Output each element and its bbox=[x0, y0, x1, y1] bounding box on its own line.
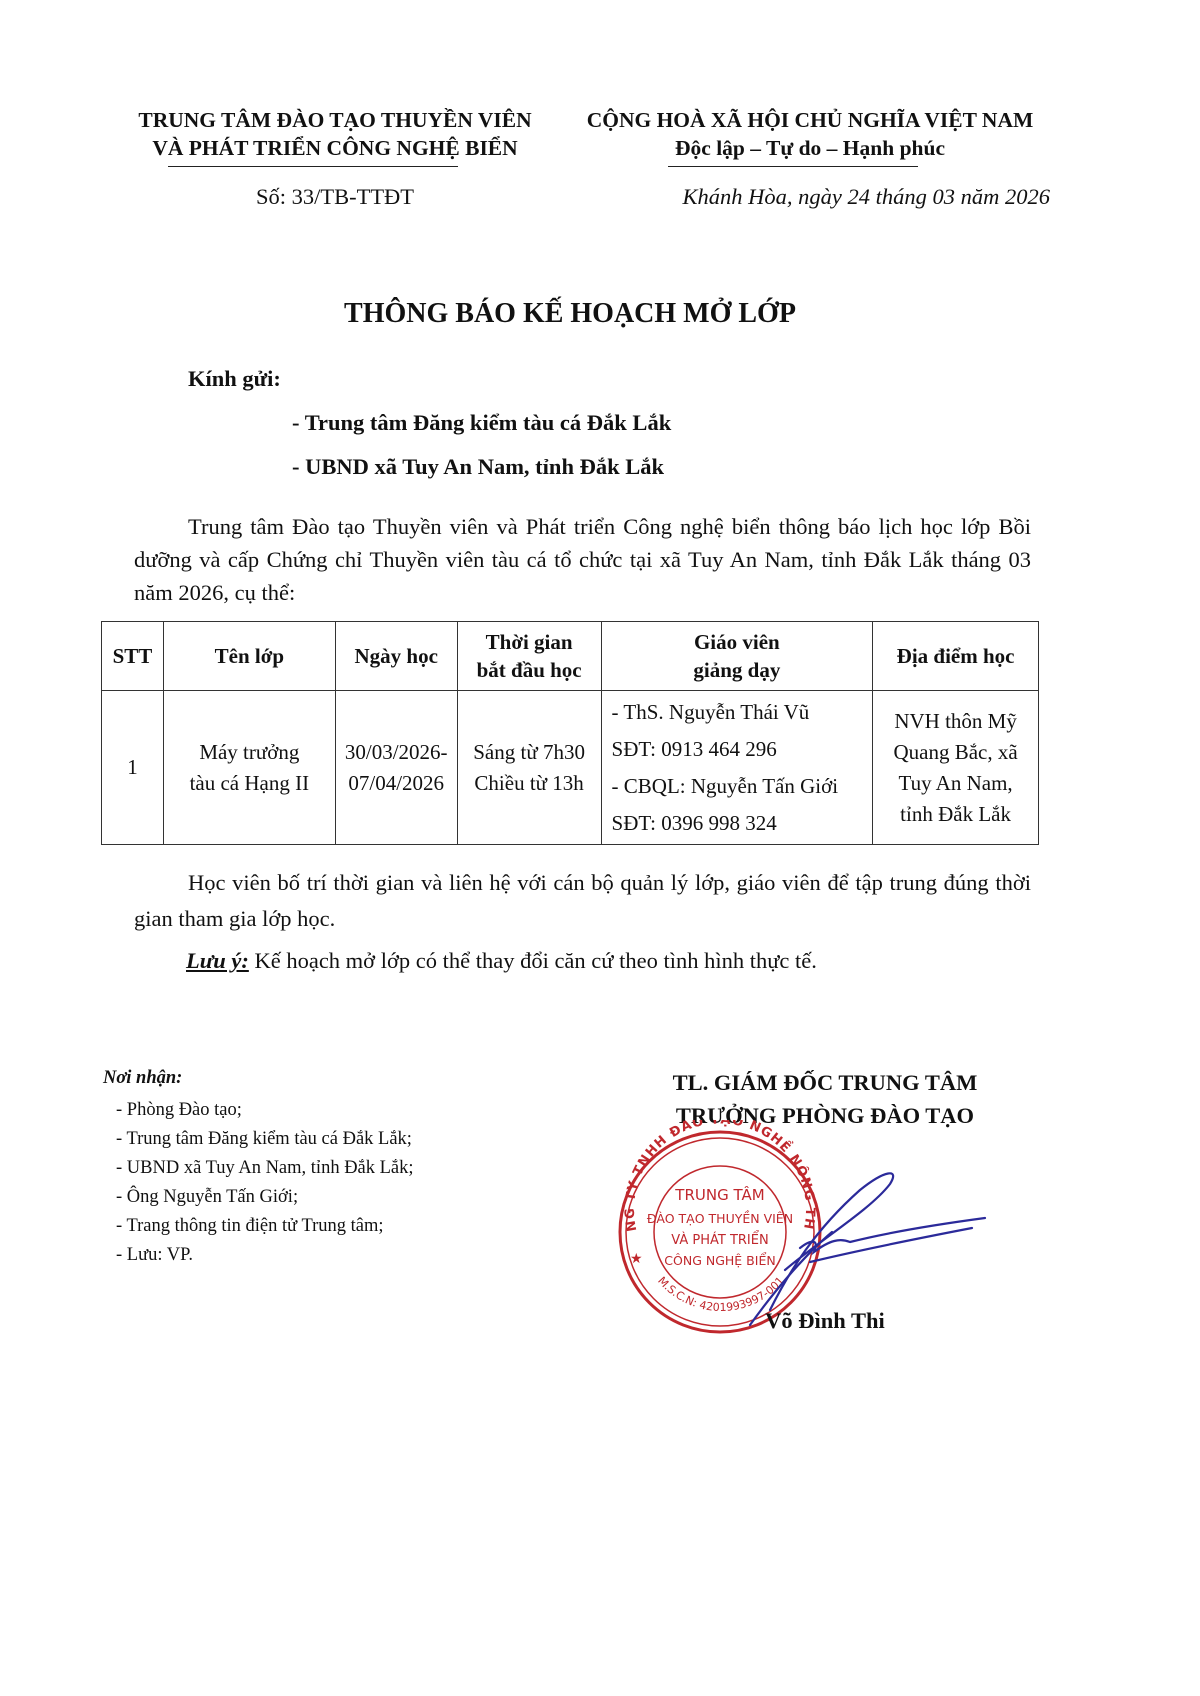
cell-start-time: Sáng từ 7h30 Chiều từ 13h bbox=[457, 691, 601, 845]
distribution-item: - Trang thông tin điện tử Trung tâm; bbox=[116, 1212, 414, 1241]
distribution-item: - Lưu: VP. bbox=[116, 1241, 414, 1270]
cell-teachers: - ThS. Nguyễn Thái Vũ SĐT: 0913 464 296 … bbox=[601, 691, 873, 845]
motto-underline bbox=[668, 166, 918, 167]
signer-name: Võ Đình Thi bbox=[610, 1308, 1040, 1334]
teacher-phone: SĐT: 0913 464 296 bbox=[612, 731, 872, 768]
distribution-list: - Phòng Đào tạo;- Trung tâm Đăng kiểm tà… bbox=[116, 1096, 414, 1270]
column-header: Tên lớp bbox=[163, 622, 335, 691]
cell-class-name: Máy trưởng tàu cá Hạng II bbox=[163, 691, 335, 845]
svg-text:TRUNG TÂM: TRUNG TÂM bbox=[674, 1185, 764, 1204]
cell-dates: 30/03/2026- 07/04/2026 bbox=[335, 691, 457, 845]
location-line: tỉnh Đắk Lắk bbox=[874, 799, 1037, 830]
closing-paragraph: Học viên bố trí thời gian và liên hệ với… bbox=[134, 865, 1031, 937]
manager-phone: SĐT: 0396 998 324 bbox=[612, 805, 872, 842]
date-start: 30/03/2026- bbox=[337, 737, 456, 768]
teacher-name: - ThS. Nguyễn Thái Vũ bbox=[612, 694, 872, 731]
recipient-2: - UBND xã Tuy An Nam, tỉnh Đắk Lắk bbox=[292, 454, 664, 480]
official-stamp-icon: CÔNG TY TNHH ĐÀO TẠO NGHỀ NÔNG THÔN M.S.… bbox=[600, 1120, 820, 1332]
column-header: Địa điểm học bbox=[873, 622, 1039, 691]
location-line: Tuy An Nam, bbox=[874, 768, 1037, 799]
date-end: 07/04/2026 bbox=[337, 768, 456, 799]
note-text: Kế hoạch mở lớp có thể thay đổi căn cứ t… bbox=[249, 948, 817, 973]
distribution-title: Nơi nhận: bbox=[103, 1068, 182, 1089]
recipient-1: - Trung tâm Đăng kiểm tàu cá Đắk Lắk bbox=[292, 410, 671, 436]
distribution-item: - Trung tâm Đăng kiểm tàu cá Đắk Lắk; bbox=[116, 1125, 414, 1154]
place-date: Khánh Hòa, ngày 24 tháng 03 năm 2026 bbox=[560, 184, 1050, 210]
afternoon-time: Chiều từ 13h bbox=[459, 768, 600, 799]
organization-line-2: VÀ PHÁT TRIỂN CÔNG NGHỆ BIỂN bbox=[100, 134, 570, 162]
cell-location: NVH thôn Mỹ Quang Bắc, xã Tuy An Nam, tỉ… bbox=[873, 691, 1039, 845]
national-motto: Độc lập – Tự do – Hạnh phúc bbox=[560, 134, 1060, 162]
table-header-row: STTTên lớpNgày họcThời gianbắt đầu họcGi… bbox=[102, 622, 1039, 691]
schedule-table: STTTên lớpNgày họcThời gianbắt đầu họcGi… bbox=[101, 621, 1039, 845]
organization-underline bbox=[168, 166, 458, 167]
nation-name: CỘNG HOÀ XÃ HỘI CHỦ NGHĨA VIỆT NAM bbox=[560, 106, 1060, 134]
distribution-item: - Ông Nguyễn Tấn Giới; bbox=[116, 1183, 414, 1212]
intro-paragraph: Trung tâm Đào tạo Thuyền viên và Phát tr… bbox=[134, 510, 1031, 609]
note-label: Lưu ý: bbox=[186, 948, 249, 973]
note: Lưu ý: Kế hoạch mở lớp có thể thay đổi c… bbox=[186, 948, 817, 974]
table-row: 1 Máy trưởng tàu cá Hạng II 30/03/2026- … bbox=[102, 691, 1039, 845]
national-heading: CỘNG HOÀ XÃ HỘI CHỦ NGHĨA VIỆT NAM Độc l… bbox=[560, 106, 1060, 162]
class-name-line: tàu cá Hạng II bbox=[165, 768, 334, 799]
distribution-item: - Phòng Đào tạo; bbox=[116, 1096, 414, 1125]
cell-stt: 1 bbox=[102, 691, 164, 845]
manager-name: - CBQL: Nguyễn Tấn Giới bbox=[612, 768, 872, 805]
morning-time: Sáng từ 7h30 bbox=[459, 737, 600, 768]
svg-text:VÀ PHÁT TRIỂN: VÀ PHÁT TRIỂN bbox=[671, 1231, 768, 1248]
organization-name: TRUNG TÂM ĐÀO TẠO THUYỀN VIÊN VÀ PHÁT TR… bbox=[100, 106, 570, 162]
stamp-and-signature: CÔNG TY TNHH ĐÀO TẠO NGHỀ NÔNG THÔN M.S.… bbox=[600, 1120, 1000, 1340]
location-line: Quang Bắc, xã bbox=[874, 737, 1037, 768]
column-header: STT bbox=[102, 622, 164, 691]
organization-line-1: TRUNG TÂM ĐÀO TẠO THUYỀN VIÊN bbox=[100, 106, 570, 134]
column-header: Thời gianbắt đầu học bbox=[457, 622, 601, 691]
signature-title-line-1: TL. GIÁM ĐỐC TRUNG TÂM bbox=[610, 1066, 1040, 1099]
svg-text:★: ★ bbox=[630, 1252, 643, 1267]
document-title: THÔNG BÁO KẾ HOẠCH MỞ LỚP bbox=[0, 298, 1140, 330]
svg-text:CÔNG NGHỆ BIỂN: CÔNG NGHỆ BIỂN bbox=[664, 1252, 775, 1268]
column-header: Ngày học bbox=[335, 622, 457, 691]
distribution-item: - UBND xã Tuy An Nam, tỉnh Đắk Lắk; bbox=[116, 1154, 414, 1183]
svg-text:ĐÀO TẠO THUYỀN VIÊN: ĐÀO TẠO THUYỀN VIÊN bbox=[647, 1210, 793, 1226]
document-number: Số: 33/TB-TTĐT bbox=[100, 184, 570, 210]
signature-scribble-icon bbox=[750, 1173, 985, 1325]
column-header: Giáo viêngiảng dạy bbox=[601, 622, 873, 691]
salutation: Kính gửi: bbox=[188, 366, 281, 392]
location-line: NVH thôn Mỹ bbox=[874, 706, 1037, 737]
class-name-line: Máy trưởng bbox=[165, 737, 334, 768]
